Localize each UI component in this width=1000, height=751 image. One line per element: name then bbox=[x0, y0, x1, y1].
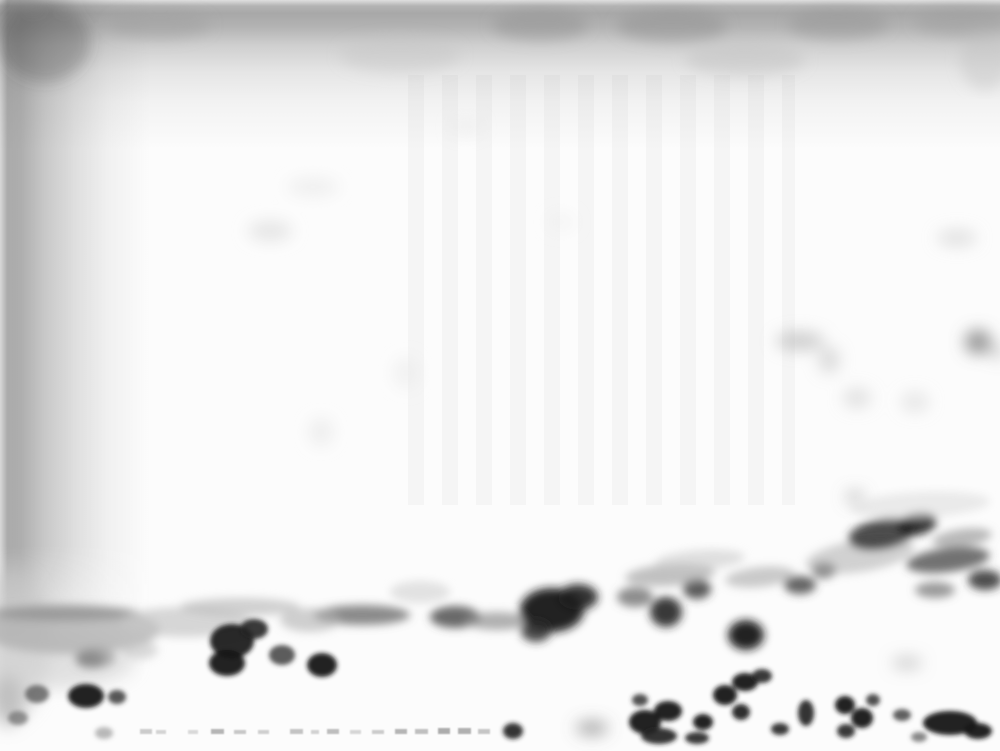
stained-nucleus bbox=[964, 723, 992, 739]
edge-shade-blob bbox=[492, 10, 588, 40]
stained-nucleus bbox=[25, 685, 49, 703]
stained-nucleus bbox=[68, 684, 104, 708]
faint-smudge bbox=[892, 657, 922, 669]
stained-nucleus bbox=[911, 732, 927, 742]
faint-smudge bbox=[901, 392, 929, 412]
tissue-streak bbox=[122, 641, 158, 659]
stained-nucleus bbox=[771, 723, 789, 735]
stained-nucleus bbox=[108, 690, 126, 704]
debris-speck bbox=[438, 728, 450, 734]
tissue-streak bbox=[558, 584, 598, 610]
stained-nucleus bbox=[713, 685, 737, 705]
debris-speck bbox=[156, 730, 166, 734]
faint-smudge bbox=[937, 230, 977, 246]
tissue-streak bbox=[280, 608, 340, 632]
stained-nucleus bbox=[307, 653, 337, 677]
edge-shade-blob bbox=[110, 11, 210, 39]
tissue-streak bbox=[784, 576, 816, 594]
debris-speck bbox=[350, 730, 361, 734]
edge-shade-blob bbox=[788, 9, 888, 39]
edge-shade-blob bbox=[23, 1, 41, 9]
stained-nucleus bbox=[632, 694, 648, 706]
tissue-streak bbox=[650, 597, 682, 627]
stained-nucleus bbox=[503, 723, 523, 739]
debris-speck bbox=[188, 730, 198, 734]
faint-smudge bbox=[819, 347, 839, 373]
debris-speck bbox=[327, 729, 339, 734]
micrograph-figure bbox=[0, 0, 1000, 751]
faint-smudge bbox=[451, 120, 481, 134]
faint-smudge bbox=[393, 357, 419, 389]
debris-speck bbox=[311, 730, 319, 734]
faint-smudge bbox=[309, 418, 333, 446]
faint-smudge bbox=[965, 330, 991, 354]
tissue-streak bbox=[76, 652, 104, 668]
debris-speck bbox=[211, 729, 224, 734]
debris-speck bbox=[234, 730, 246, 734]
tissue-streak bbox=[180, 598, 300, 616]
tissue-streak bbox=[521, 620, 551, 642]
faint-smudge bbox=[547, 214, 575, 230]
stained-nucleus bbox=[240, 619, 268, 639]
faint-smudge bbox=[843, 388, 871, 408]
debris-speck bbox=[140, 729, 152, 734]
stained-nucleus bbox=[866, 694, 880, 706]
faint-smudge bbox=[776, 332, 824, 350]
debris-speck bbox=[372, 730, 384, 734]
stained-nucleus bbox=[798, 700, 814, 726]
stained-nucleus bbox=[8, 711, 28, 725]
edge-shade-blob bbox=[617, 10, 727, 42]
stained-nucleus bbox=[693, 714, 713, 730]
stained-nucleus bbox=[752, 669, 772, 683]
tissue-streak bbox=[915, 582, 955, 598]
stained-nucleus bbox=[95, 727, 113, 739]
micrograph-canvas bbox=[0, 0, 1000, 751]
stained-nucleus bbox=[641, 728, 677, 744]
faint-smudge bbox=[248, 221, 292, 241]
debris-speck bbox=[458, 728, 471, 734]
edge-shade-blob bbox=[340, 37, 460, 73]
stained-nucleus bbox=[732, 704, 750, 720]
edge-shade-blob bbox=[685, 44, 805, 76]
edge-shade-blob bbox=[0, 2, 90, 82]
stained-nucleus bbox=[654, 701, 682, 721]
stained-nucleus bbox=[851, 708, 873, 728]
stained-nucleus bbox=[837, 724, 855, 738]
stained-nucleus bbox=[893, 709, 911, 721]
debris-speck bbox=[258, 730, 269, 734]
debris-speck bbox=[290, 729, 303, 734]
tissue-streak bbox=[465, 612, 529, 630]
stained-nucleus bbox=[685, 732, 709, 744]
faint-smudge bbox=[287, 178, 339, 196]
tissue-streak bbox=[617, 587, 653, 607]
stained-nucleus bbox=[269, 645, 295, 665]
debris-speck bbox=[395, 729, 407, 734]
stained-nucleus bbox=[209, 650, 245, 676]
debris-speck bbox=[415, 729, 428, 734]
tissue-streak bbox=[728, 620, 764, 650]
stained-nucleus bbox=[835, 696, 855, 714]
debris-speck bbox=[478, 729, 490, 734]
edge-shade-blob bbox=[60, 4, 72, 10]
tissue-streak bbox=[390, 581, 450, 603]
faint-smudge bbox=[576, 721, 608, 735]
